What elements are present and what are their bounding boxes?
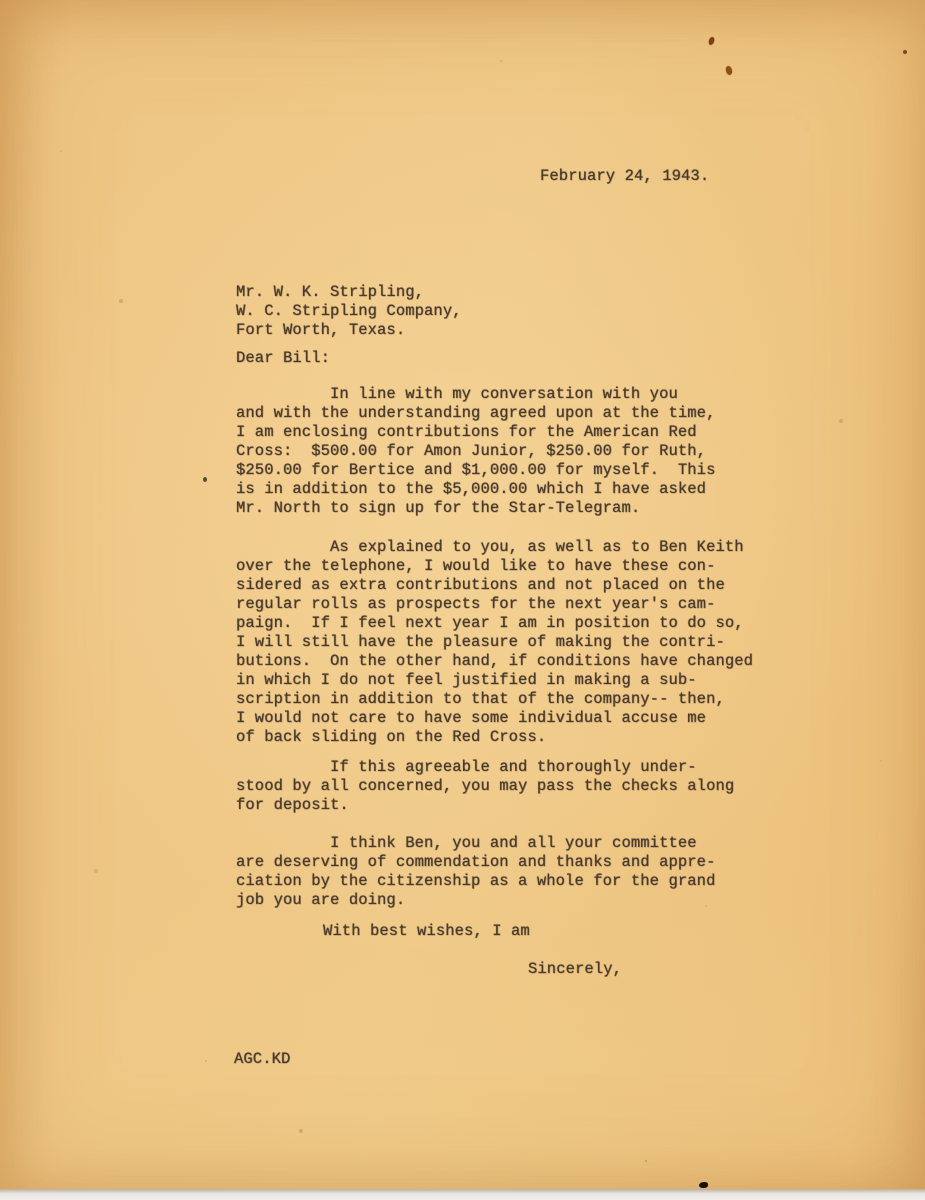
scanner-background xyxy=(0,1189,925,1200)
paper-stain xyxy=(708,36,715,45)
paper-speck xyxy=(203,477,207,482)
signoff: Sincerely, xyxy=(528,960,622,979)
date-line: February 24, 1943. xyxy=(540,167,709,186)
recipient-address: Mr. W. K. Stripling,W. C. Stripling Comp… xyxy=(236,283,462,340)
paper-stain xyxy=(725,65,733,75)
paper-freckles xyxy=(0,0,2,2)
typist-initials: AGC.KD xyxy=(234,1050,290,1069)
paragraph-4: I think Ben, you and all your committeea… xyxy=(236,834,715,910)
closing-line: With best wishes, I am xyxy=(323,922,530,941)
salutation: Dear Bill: xyxy=(236,349,330,368)
paragraph-1: In line with my conversation with youand… xyxy=(236,385,715,518)
letter-paper: February 24, 1943. Mr. W. K. Stripling,W… xyxy=(0,0,925,1189)
paper-speck xyxy=(699,1182,708,1188)
paper-speck xyxy=(903,50,907,54)
paragraph-2: As explained to you, as well as to Ben K… xyxy=(236,538,753,747)
paragraph-3: If this agreeable and thoroughly under-s… xyxy=(236,758,734,815)
